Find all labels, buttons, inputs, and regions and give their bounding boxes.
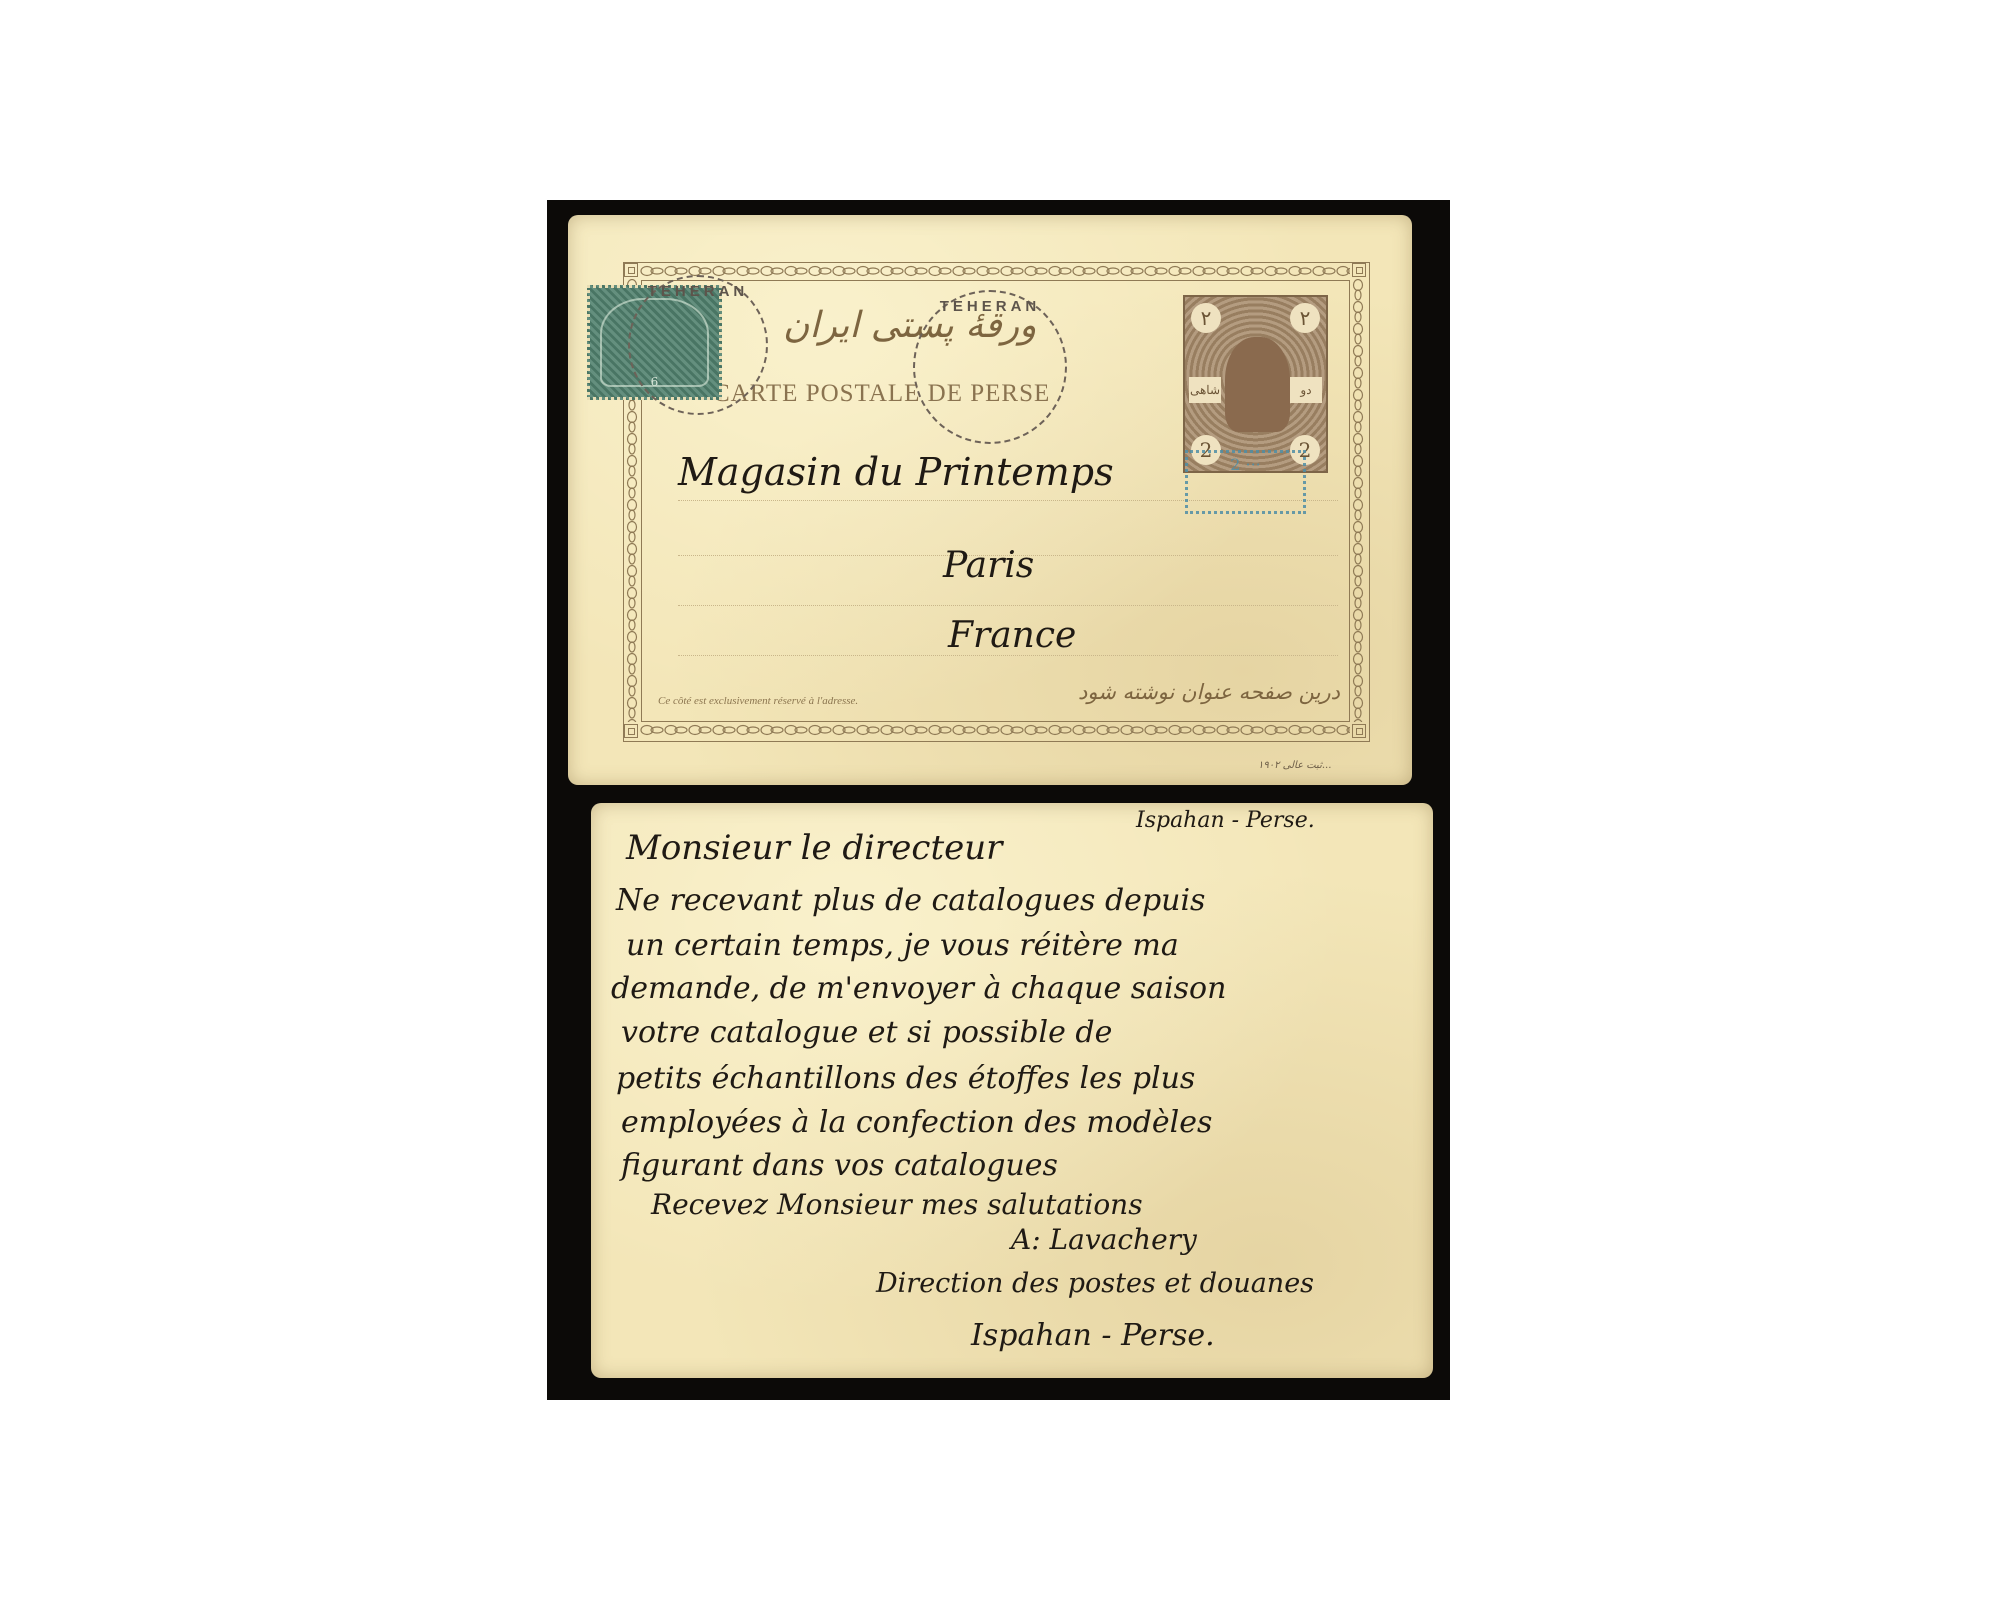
stamp-label: دو xyxy=(1290,377,1322,403)
border-corner xyxy=(624,724,638,738)
chain-border-top xyxy=(640,263,1350,279)
imprinted-stamp: ٢ ٢ 2 2 شاهی دو xyxy=(1183,295,1328,473)
address-side-note-persian: درین صفحه عنوان نوشته شود xyxy=(1078,680,1340,704)
letter-line: demande, de m'envoyer à chaque saison xyxy=(611,971,1226,1006)
letter-header-place: Ispahan - Perse. xyxy=(1136,808,1315,833)
stamp-value-corner: ٢ xyxy=(1290,303,1320,333)
chain-border-bottom xyxy=(640,722,1350,738)
letter-line: Ne recevant plus de catalogues depuis xyxy=(616,883,1205,918)
shah-portrait-icon xyxy=(1225,337,1290,432)
address-side-note-french: Ce côté est exclusivement réservé à l'ad… xyxy=(658,695,858,707)
blue-cancel-mark: 2 ··· xyxy=(1185,450,1306,514)
letter-line: petits échantillons des étoffes les plus xyxy=(616,1061,1195,1096)
address-city: Paris xyxy=(943,545,1034,586)
address-country: France xyxy=(948,615,1076,656)
letter-line: figurant dans vos catalogues xyxy=(621,1148,1058,1183)
letter-line: employées à la confection des modèles xyxy=(621,1105,1212,1140)
postmark-text: TEHERAN xyxy=(915,298,1065,315)
stamp-value-corner: ٢ xyxy=(1191,303,1221,333)
postcard-back: Ispahan - Perse. Monsieur le directeur N… xyxy=(591,803,1433,1378)
postcard-front: ورقهٔ پستی ایران CARTE POSTALE DE PERSE … xyxy=(568,215,1412,785)
letter-line: un certain temps, je vous réitère ma xyxy=(626,928,1179,963)
stamp-label: شاهی xyxy=(1189,377,1221,403)
address-recipient: Magasin du Printemps xyxy=(678,450,1114,494)
chain-border-right xyxy=(1350,279,1366,722)
postmark-circle: TEHERAN xyxy=(913,290,1067,444)
signature-place: Ispahan - Perse. xyxy=(971,1318,1215,1353)
signature: A: Lavachery xyxy=(1011,1223,1197,1256)
letter-line: Recevez Monsieur mes salutations xyxy=(651,1188,1143,1221)
border-corner xyxy=(1352,263,1366,277)
letter-line: Monsieur le directeur xyxy=(626,828,1002,868)
postmark-text: TEHERAN xyxy=(630,283,766,300)
signature-title: Direction des postes et douanes xyxy=(876,1268,1314,1299)
letter-line: votre catalogue et si possible de xyxy=(621,1015,1112,1050)
border-corner xyxy=(624,263,638,277)
postmark-circle: TEHERAN xyxy=(628,275,768,415)
address-line xyxy=(678,605,1338,606)
border-corner xyxy=(1352,724,1366,738)
pencil-note: ثبت عالی ۱۹۰۲... xyxy=(1258,760,1331,771)
